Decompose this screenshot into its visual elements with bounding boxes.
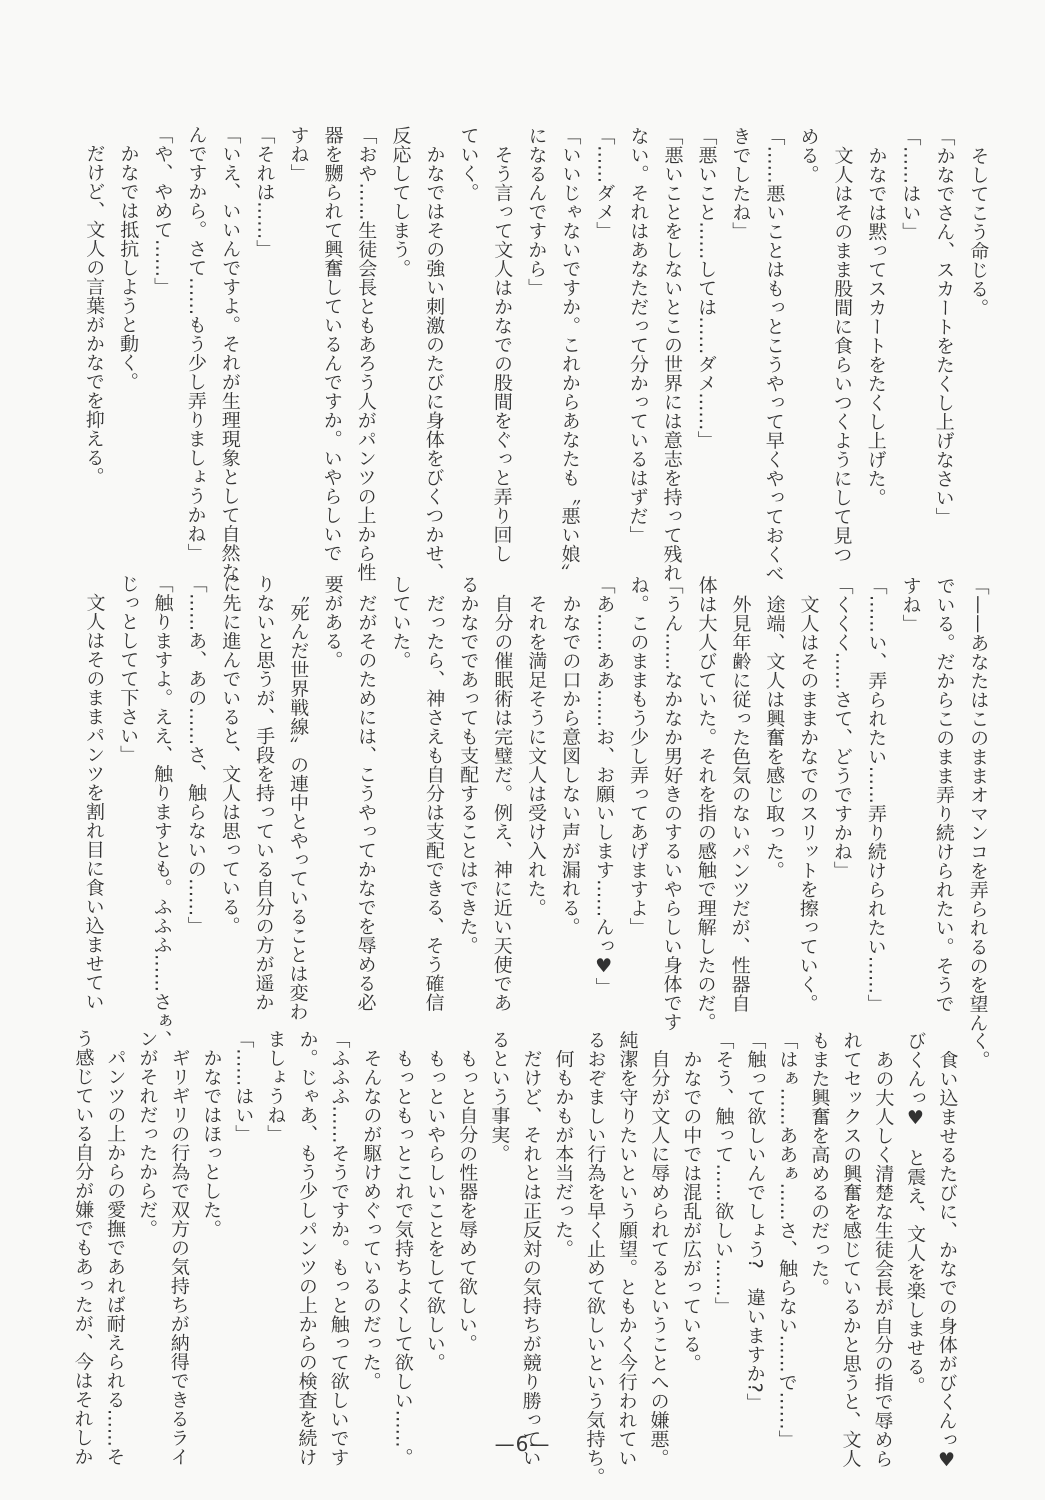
text-column: かなでは抵抗しようと動く。 [110,125,145,581]
text-column: に先に進んでいると、文人は思っている。 [212,574,247,1049]
text-column: ない。それはあなただって分かっているはずだ」 [620,126,655,582]
text-column: パンツの上からの愛撫であれば耐えられる……そ [98,1029,131,1485]
text-column: 体は大人びていた。それを指の感触で理解したのだ。 [688,575,723,1050]
text-column: 「……い、弄られたい……弄り続けられたい……」 [858,576,893,1051]
text-column: 「おや……生徒会長ともあろう人がパンツの上から性 [348,126,383,582]
text-column: 「うん……なかなか男好きのするいやらしい身体です [654,575,689,1050]
text-column: 「……あ、あの……さ、触らないの……」 [178,574,213,1049]
text-column: 〝死んだ世界戦線〟の連中とやっていることは変わ [280,574,315,1049]
text-column: だがそのためには、こうやってかなでを辱める必 [348,575,383,1050]
text-column: りないと思うが、手段を持っている自分の方が遥か [246,574,281,1049]
text-column: になるんですから」 [518,126,553,582]
text-block-bottom: く。 食い込ませるたびに、かなでの身体がびくんっ♥びくんっ♥ と震え、文人を楽し… [66,1029,995,1487]
text-column: すね」 [892,576,927,1051]
text-column: もっといやらしいことをして欲しい。 [418,1030,451,1486]
text-column: 「あ……ああ……お、お願いします……んっ♥」 [586,575,621,1050]
text-column: 要がある。 [314,574,349,1049]
text-column: だけど、それとは正反対の気持ちが競り勝ってい [514,1030,547,1486]
text-column: そう言って文人はかなでの股間をぐっと弄り回し [484,126,519,582]
text-column: かなでの口から意図しない声が漏れる。 [552,575,587,1050]
scanned-novel-page: そしてこう命じる。「かなでさん、スカートをたくし上げなさい」「……はい」 かなで… [0,0,1045,1500]
text-column: そしてこう命じる。 [960,127,995,583]
text-column: 文人はそのままパンツを割れ目に食い込ませてい [76,574,111,1049]
text-column: 「……はい」 [892,127,927,583]
text-column: すね」 [280,125,315,581]
text-column: 「ふふふ……そうですか。もっと触って欲しいです [322,1029,355,1485]
text-column: んですから。さて……もう少し弄りましょうかね」 [178,125,213,581]
text-column: 文人はそのままかなでのスリットを擦っていく。 [790,576,825,1051]
text-column: ギリギリの行為で双方の気持ちが納得できるライ [162,1029,195,1485]
text-column: 「かなでさん、スカートをたくし上げなさい」 [926,127,961,583]
text-column: るかなでであっても支配することはできた。 [450,575,485,1050]
text-column: していた。 [382,575,417,1050]
text-column: 自分の催眠術は完璧だ。例え、神に近い天使であ [484,575,519,1050]
text-column: るおぞましい行為を早く止めて欲しいという気持ち。 [578,1030,611,1486]
text-column: 「くくく……さて、どうですかね」 [824,576,859,1051]
text-column: 「いいじゃないですか。これからあなたも〝悪い娘〟 [552,126,587,582]
text-column: れてセックスの興奮を感じているかと思うと、文人 [834,1031,867,1487]
text-column: 「悪いことをしないとこの世界には意志を持って残れ [654,126,689,582]
text-column: 文人はそのまま股間に食らいつくようにして見つ [824,127,859,583]
text-column: う感じている自分が嫌でもあったが、今はそれしか [66,1029,99,1485]
text-column: 「——あなたはこのままオマンコを弄られるのを望ん [960,576,995,1051]
text-column: びくんっ♥ と震え、文人を楽しませる。 [898,1031,931,1487]
text-column: 反応してしまう。 [382,126,417,582]
text-column: 「悪いこと……しては……ダメ……」 [688,126,723,582]
text-column: るという事実。 [482,1030,515,1486]
text-column: 「触って欲しいんでしょう? 違いますか?」 [738,1031,771,1487]
text-column: あの大人しく清楚な生徒会長が自分の指で辱めら [866,1031,899,1487]
text-column: だけど、文人の言葉がかなでを抑える。 [76,125,111,581]
text-column: じっとしてて下さい」 [110,574,145,1049]
text-column: かなではその強い刺激のたびに身体をびくつかせ、 [416,126,451,582]
text-column: く。 [962,1031,995,1487]
text-column: 途端、文人は興奮を感じ取った。 [756,576,791,1051]
text-column: かなでは黙ってスカートをたくし上げた。 [858,127,893,583]
text-column: 外見年齢に従った色気のないパンツだが、性器自 [722,575,757,1050]
text-column: 「それは……」 [246,125,281,581]
text-column: 食い込ませるたびに、かなでの身体がびくんっ♥ [930,1031,963,1487]
text-column: 「……ダメ」 [586,126,621,582]
text-column: もっともっとこれで気持ちよくして欲しい……。 [386,1030,419,1486]
text-column: もっと自分の性器を辱めて欲しい。 [450,1030,483,1486]
text-column: 「……悪いことはもっとこうやって早くやっておくべ [756,127,791,583]
text-column: 器を嬲られて興奮しているんですか。いやらしいで [314,125,349,581]
text-column: 自分が文人に辱められてるということへの嫌悪。 [642,1030,675,1486]
text-column: ンがそれだったからだ。 [130,1029,163,1485]
text-column: ね。このままもう少し弄ってあげますよ」 [620,575,655,1050]
text-column: かなでの中では混乱が広がっている。 [674,1030,707,1486]
text-column: ましょうね」 [258,1029,291,1485]
page-number: —6— [0,1432,1045,1456]
text-column: かなではほっとした。 [194,1029,227,1485]
text-column: ていく。 [450,126,485,582]
text-column: 「や、やめて……」 [144,125,179,581]
text-column: もまた興奮を高めるのだった。 [802,1031,835,1487]
text-column: 「いえ、いいんですよ。それが生理現象として自然な [212,125,247,581]
text-column: 純潔を守りたいという願望。ともかく今行われてい [610,1030,643,1486]
text-block-top: そしてこう命じる。「かなでさん、スカートをたくし上げなさい」「……はい」 かなで… [76,125,995,583]
text-block-middle: 「——あなたはこのままオマンコを弄られるのを望んでいる。だからこのまま弄り続けら… [76,574,995,1051]
text-column: 何もかもが本当だった。 [546,1030,579,1486]
text-column: 「……はい」 [226,1029,259,1485]
text-column: 「触りますよ。ええ、触りますとも。ふふふ……さぁ、 [144,574,179,1049]
text-column: だったら、神さえも自分は支配できる、そう確信 [416,575,451,1050]
text-column: 「そう、触って……欲しい……」 [706,1030,739,1486]
text-column: める。 [790,127,825,583]
text-column: それを満足そうに文人は受け入れた。 [518,575,553,1050]
text-column: でいる。だからこのまま弄り続けられたい。そうで [926,576,961,1051]
text-column: か。じゃあ、もう少しパンツの上からの検査を続け [290,1029,323,1485]
text-column: そんなのが駆けめぐっているのだった。 [354,1030,387,1486]
text-column: きでしたね」 [722,126,757,582]
text-column: 「はぁ……ああぁ……さ、触らない……で……」 [770,1031,803,1487]
